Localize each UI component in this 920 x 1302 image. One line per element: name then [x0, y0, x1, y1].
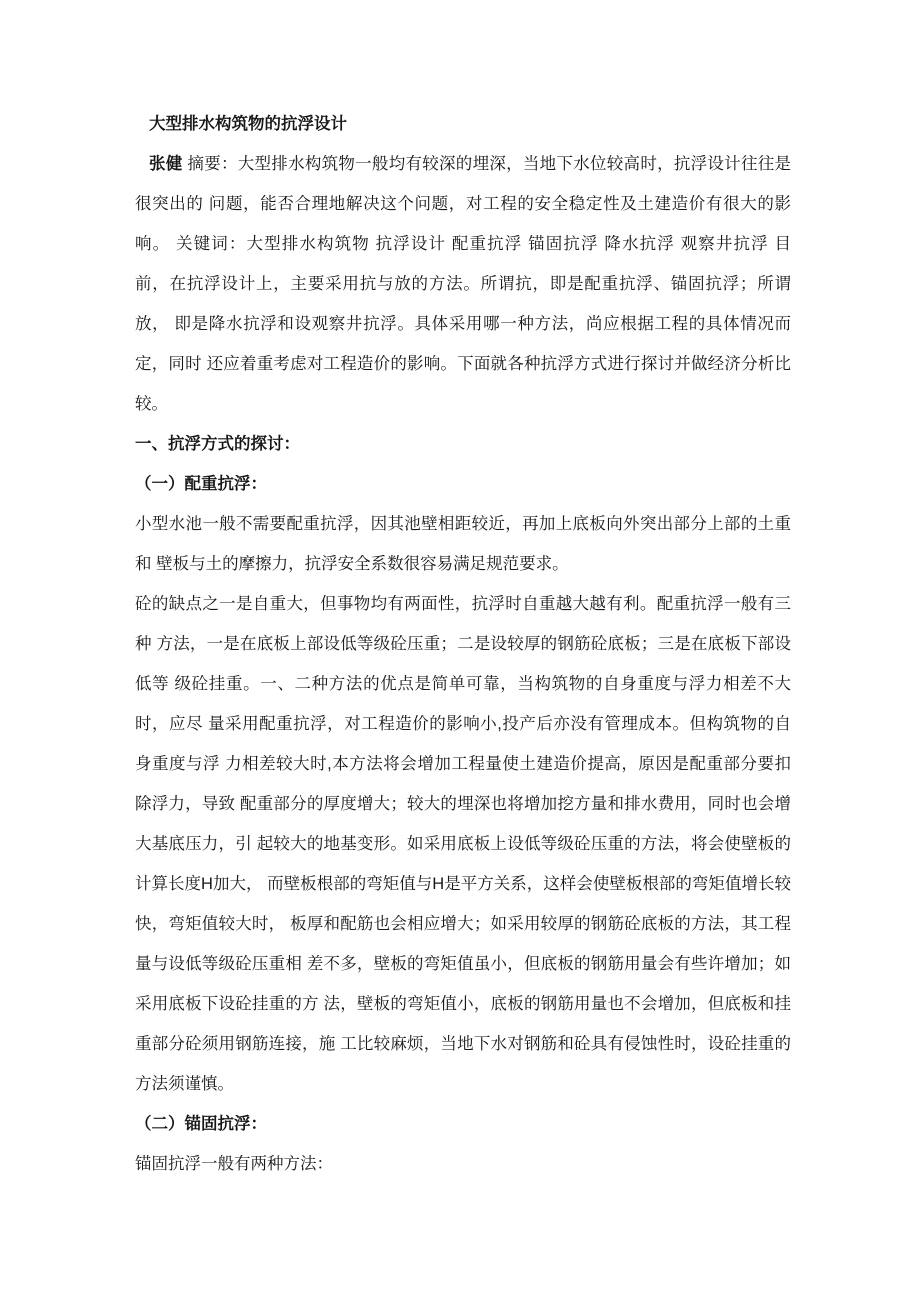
text-line: 种 方法，一是在底板上部设低等级砼压重；二是设较厚的钢筋砼底板；三是在底板下部设	[135, 624, 791, 664]
subsection-heading-counterweight: （一）配重抗浮：	[135, 464, 791, 504]
text-line: 大基底压力，引 起较大的地基变形。如采用底板上设低等级砼压重的方法，将会使壁板的	[135, 824, 791, 864]
text-line: 响。 关键词：大型排水构筑物 抗浮设计 配重抗浮 锚固抗浮 降水抗浮 观察井抗浮…	[135, 224, 791, 264]
section-heading-discussion: 一、抗浮方式的探讨：	[135, 424, 791, 464]
subsection-heading-anchor: （二）锚固抗浮：	[135, 1104, 791, 1144]
text-line: 身重度与浮 力相差较大时,本方法将会增加工程量使土建造价提高，原因是配重部分要扣	[135, 744, 791, 784]
text-line: 放， 即是降水抗浮和设观察井抗浮。具体采用哪一种方法，尚应根据工程的具体情况而	[135, 304, 791, 344]
text-line: 较。	[135, 384, 791, 424]
text-line: 砼的缺点之一是自重大，但事物均有两面性，抗浮时自重越大越有利。配重抗浮一般有三	[135, 584, 791, 624]
text-line: 锚固抗浮一般有两种方法：	[135, 1144, 791, 1184]
text-line: 除浮力，导致 配重部分的厚度增大；较大的埋深也将增加挖方量和排水费用，同时也会增	[135, 784, 791, 824]
text-line: 时，应尽 量采用配重抗浮，对工程造价的影响小,投产后亦没有管理成本。但构筑物的自	[135, 704, 791, 744]
text-line: 很突出的 问题，能否合理地解决这个问题，对工程的安全稳定性及土建造价有很大的影	[135, 184, 791, 224]
text-line: 量与设低等级砼压重相 差不多，壁板的弯矩值虽小，但底板的钢筋用量会有些许增加；如	[135, 944, 791, 984]
doc-title: 大型排水构筑物的抗浮设计	[135, 104, 791, 144]
text-line: 定，同时 还应着重考虑对工程造价的影响。下面就各种抗浮方式进行探讨并做经济分析比	[135, 344, 791, 384]
text-line: 和 壁板与土的摩擦力，抗浮安全系数很容易满足规范要求。	[135, 544, 791, 584]
text-line: 采用底板下设砼挂重的方 法，壁板的弯矩值小，底板的钢筋用量也不会增加，但底板和挂	[135, 984, 791, 1024]
text-line: 计算长度H加大， 而壁板根部的弯矩值与H是平方关系，这样会使壁板根部的弯矩值增长…	[135, 864, 791, 904]
text-line: 低等 级砼挂重。一、二种方法的优点是简单可靠，当构筑物的自身重度与浮力相差不大	[135, 664, 791, 704]
text-line: 张健 摘要：大型排水构筑物一般均有较深的埋深，当地下水位较高时，抗浮设计往往是	[135, 144, 791, 184]
text-line: 重部分砼须用钢筋连接，施 工比较麻烦，当地下水对钢筋和砼具有侵蚀性时，设砼挂重的	[135, 1024, 791, 1064]
abstract-text: 摘要：大型排水构筑物一般均有较深的埋深，当地下水位较高时，抗浮设计往往是	[183, 155, 791, 173]
text-line: 小型水池一般不需要配重抗浮，因其池壁相距较近，再加上底板向外突出部分上部的土重	[135, 504, 791, 544]
text-line: 前，在抗浮设计上，主要采用抗与放的方法。所谓抗，即是配重抗浮、锚固抗浮；所谓	[135, 264, 791, 304]
document-page: 大型排水构筑物的抗浮设计 张健 摘要：大型排水构筑物一般均有较深的埋深，当地下水…	[0, 0, 920, 1302]
text-line: 快，弯矩值较大时， 板厚和配筋也会相应增大；如采用较厚的钢筋砼底板的方法，其工程	[135, 904, 791, 944]
text-line: 方法须谨慎。	[135, 1064, 791, 1104]
author-name: 张健	[149, 155, 183, 173]
